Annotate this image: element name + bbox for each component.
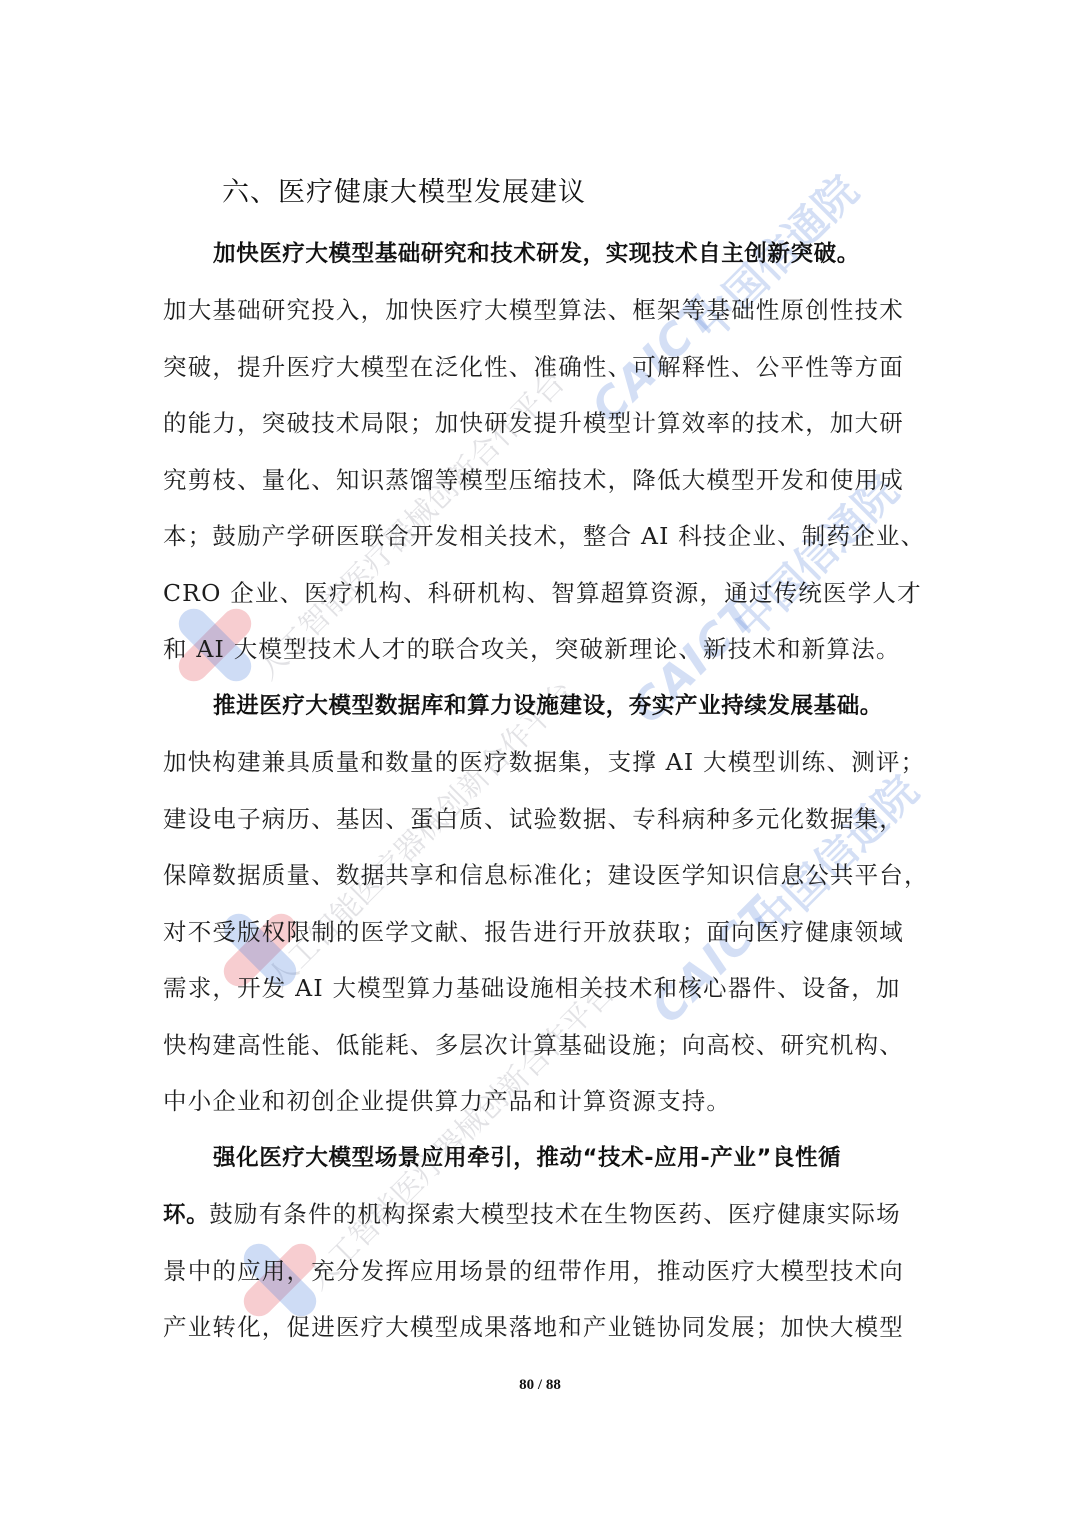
paragraph-3-line: 产业转化，促进医疗大模型成果落地和产业链协同发展；加快大模型 [163,1312,923,1342]
paragraph-2-lead: 推进医疗大模型数据库和算力设施建设，夯实产业持续发展基础。 [213,691,973,721]
paragraph-1-line: 加大基础研究投入，加快医疗大模型算法、框架等基础性原创性技术 [163,295,923,325]
paragraph-3-text: 鼓励有条件的机构探索大模型技术在生物医药、医疗健康实际场 [209,1200,901,1228]
paragraph-1-line: CRO 企业、医疗机构、科研机构、智算超算资源，通过传统医学人才 [163,578,923,608]
paragraph-2-line: 保障数据质量、数据共享和信息标准化；建设医学知识信息公共平台， [163,860,923,890]
paragraph-2-line: 对不受版权限制的医学文献、报告进行开放获取；面向医疗健康领域 [163,917,923,947]
watermark-caict: CAICT [642,888,788,1034]
paragraph-3-lead-tail: 环。 [163,1202,209,1228]
paragraph-2-line: 快构建高性能、低能耗、多层次计算基础设施；向高校、研究机构、 [163,1030,923,1060]
paragraph-1-line: 的能力，突破技术局限；加快研发提升模型计算效率的技术，加大研 [163,408,923,438]
document-page: CAICT 中国信通院 CAICT 中国信通院 CAICT 中国信通院 人工智能… [0,0,1080,1528]
page-number: 80 / 88 [0,1377,1080,1394]
paragraph-2-line: 建设电子病历、基因、蛋白质、试验数据、专科病种多元化数据集， [163,804,923,834]
paragraph-2-line: 中小企业和初创企业提供算力产品和计算资源支持。 [163,1086,923,1116]
paragraph-1-line: 和 AI 大模型技术人才的联合攻关，突破新理论、新技术和新算法。 [163,634,923,664]
paragraph-3-line: 环。鼓励有条件的机构探索大模型技术在生物医药、医疗健康实际场 [163,1199,923,1230]
paragraph-1-line: 究剪枝、量化、知识蒸馏等模型压缩技术，降低大模型开发和使用成 [163,465,923,495]
watermark-platform: 人工智能医疗器械创新合作平台 [294,969,622,1297]
paragraph-3-line: 景中的应用，充分发挥应用场景的纽带作用，推动医疗大模型技术向 [163,1256,923,1286]
paragraph-1-line: 突破，提升医疗大模型在泛化性、准确性、可解释性、公平性等方面 [163,352,923,382]
paragraph-2-line: 需求，开发 AI 大模型算力基础设施相关技术和核心器件、设备，加 [163,973,923,1003]
section-heading: 六、医疗健康大模型发展建议 [222,170,586,209]
paragraph-2-line: 加快构建兼具质量和数量的医疗数据集，支撑 AI 大模型训练、测评； [163,747,923,777]
paragraph-1-line: 本；鼓励产学研医联合开发相关技术，整合 AI 科技企业、制药企业、 [163,521,923,551]
paragraph-3-lead: 强化医疗大模型场景应用牵引，推动“技术-应用-产业”良性循 [213,1143,973,1173]
paragraph-1-lead: 加快医疗大模型基础研究和技术研发，实现技术自主创新突破。 [213,239,973,269]
